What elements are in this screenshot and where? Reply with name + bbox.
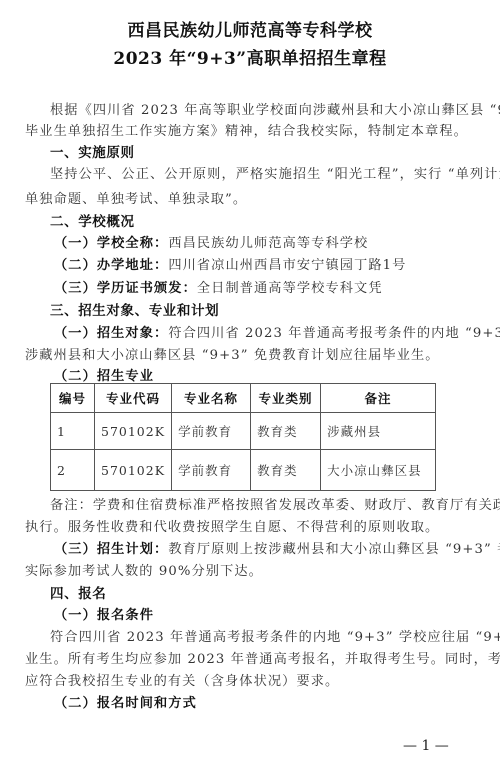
fee-note-line-2: 执行。服务性收费和代收费按照学生自愿、不得营利的原则收取。: [25, 518, 465, 538]
cell-remarks: 大小凉山彝区县: [321, 450, 436, 491]
col-header-category: 专业类别: [251, 384, 321, 413]
cell-name: 学前教育: [172, 413, 251, 450]
section-4-heading: 四、报名: [50, 584, 490, 604]
document-title-school: 西昌民族幼儿师范高等专科学校: [0, 16, 500, 41]
target-line-1: （一）招生对象：符合四川省 2023 年普通高考报考条件的内地 “9+3” 学校: [54, 324, 494, 344]
section-1-line-1: 坚持公平、公正、公开原则，严格实施招生 “阳光工程”，实行 “单列计划、: [50, 165, 490, 185]
plan-text: 教育厅原则上按涉藏州县和大小凉山彝区县 “9+3” 考生: [168, 542, 500, 557]
col-header-remarks: 备注: [321, 384, 436, 413]
cell-number: 2: [51, 450, 95, 491]
cell-code: 570102K: [95, 413, 172, 450]
conditions-line-1: 符合四川省 2023 年普通高考报考条件的内地 “9+3” 学校应往届 “9+3…: [50, 628, 490, 648]
intro-line-2: 毕业生单独招生工作实施方案》精神，结合我校实际，特制定本章程。: [25, 122, 465, 142]
certificate-item: （三）学历证书颁发：全日制普通高等学校专科文凭: [54, 279, 494, 299]
registration-time-heading: （二）报名时间和方式: [54, 694, 494, 714]
certificate-label: （三）学历证书颁发：: [54, 281, 197, 296]
document-title-charter: 2023 年“9+3”高职单招招生章程: [0, 44, 500, 69]
school-address-item: （二）办学地址：四川省凉山州西昌市安宁镇园丁路1号: [54, 256, 494, 276]
section-2-heading: 二、学校概况: [50, 212, 490, 232]
cell-category: 教育类: [251, 413, 321, 450]
col-header-code: 专业代码: [95, 384, 172, 413]
school-name-value: 西昌民族幼儿师范高等专科学校: [168, 236, 368, 251]
majors-table: 编号 专业代码 专业名称 专业类别 备注 1 570102K 学前教育 教育类 …: [50, 383, 436, 491]
section-1-heading: 一、实施原则: [50, 143, 490, 163]
table-row: 1 570102K 学前教育 教育类 涉藏州县: [51, 413, 436, 450]
section-1-line-2: 单独命题、单独考试、单独录取”。: [25, 190, 465, 210]
conditions-line-2: 业生。所有考生均应参加 2023 年普通高考报名，并取得考生号。同时，考生还: [25, 650, 465, 670]
page-number: — 1 —: [403, 738, 449, 754]
col-header-number: 编号: [51, 384, 95, 413]
col-header-name: 专业名称: [172, 384, 251, 413]
school-name-label: （一）学校全称：: [54, 236, 168, 251]
cell-number: 1: [51, 413, 95, 450]
table-row: 2 570102K 学前教育 教育类 大小凉山彝区县: [51, 450, 436, 491]
cell-remarks: 涉藏州县: [321, 413, 436, 450]
school-name-item: （一）学校全称：西昌民族幼儿师范高等专科学校: [54, 234, 494, 254]
target-text: 符合四川省 2023 年普通高考报考条件的内地 “9+3” 学校: [168, 326, 500, 341]
table-header-row: 编号 专业代码 专业名称 专业类别 备注: [51, 384, 436, 413]
section-3-heading: 三、招生对象、专业和计划: [50, 301, 490, 321]
school-address-label: （二）办学地址：: [54, 258, 168, 273]
target-line-2: 涉藏州县和大小凉山彝区县 “9+3” 免费教育计划应往届毕业生。: [25, 346, 465, 366]
conditions-line-3: 应符合我校招生专业的有关（含身体状况）要求。: [25, 672, 465, 692]
cell-category: 教育类: [251, 450, 321, 491]
school-address-value: 四川省凉山州西昌市安宁镇园丁路1号: [168, 258, 406, 273]
intro-line-1: 根据《四川省 2023 年高等职业学校面向涉藏州县和大小凉山彝区县 “9+3”: [50, 101, 490, 121]
plan-line-1: （三）招生计划：教育厅原则上按涉藏州县和大小凉山彝区县 “9+3” 考生: [54, 540, 494, 560]
plan-label: （三）招生计划：: [54, 542, 168, 557]
conditions-heading: （一）报名条件: [54, 606, 494, 626]
fee-note-line-1: 备注：学费和住宿费标准严格按照省发展改革委、财政厅、教育厅有关政策: [50, 496, 490, 516]
target-label: （一）招生对象：: [54, 326, 168, 341]
plan-line-2: 实际参加考试人数的 90%分别下达。: [25, 562, 465, 582]
certificate-value: 全日制普通高等学校专科文凭: [197, 281, 383, 296]
cell-name: 学前教育: [172, 450, 251, 491]
cell-code: 570102K: [95, 450, 172, 491]
